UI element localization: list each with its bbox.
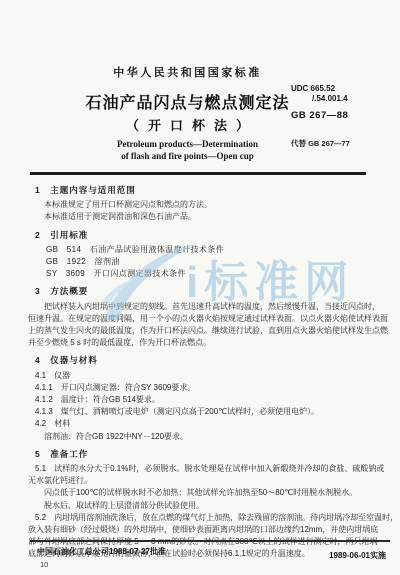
body-line: 脱水后，取试样的上层澄清部分供试验使用。: [44, 500, 390, 512]
national-standard-label: 中华人民共和国国家标准: [30, 64, 345, 80]
body-line: GB 1922 溶剂油: [46, 256, 390, 268]
footer-divider: [30, 540, 390, 542]
implementation-date: 1989-06-01实施: [329, 550, 386, 561]
udc-classification: UDC 665.52 /.54.001.4: [291, 84, 348, 103]
body-line: 恒速升温。在规定的温度间隔，用一个小的点火器火焰按规定通过试样表面。以点火器火焰…: [28, 313, 390, 325]
body-line: GB 514 石油产品试验用液体温度计技术条件: [46, 244, 390, 256]
body-line: 4.1.2 温度计：符合GB 514要求。: [35, 394, 390, 406]
body-line: 5.1 试样的水分大于0.1%时，必须脱水。脱水处理是在试样中加入新煅烧并冷却的…: [35, 463, 390, 475]
body-line: 无水氯化钙进行。: [28, 475, 390, 487]
header-divider: [30, 172, 366, 175]
body-line: 4.2 材料: [35, 418, 390, 430]
body-line: 并至少燃烧 5 s 时的最低温度，作为开口杯法燃点。: [28, 337, 390, 349]
body-line: 1 主题内容与适用范围: [35, 184, 390, 196]
page-number: 10: [40, 560, 48, 569]
document-body: 1 主题内容与适用范围本标准规定了用开口杯测定闪点和燃点的方法。本标准适用于测定…: [28, 179, 390, 561]
body-line: 5.2 内坩埚用溶剂油洗涤后，放在点燃的煤气灯上加热，除去残留的溶剂油。待内坩埚…: [35, 512, 390, 524]
body-line: 把试样装入内坩埚中到规定的刻线。首先迅速升高试样的温度，然后缓慢升温，当接近闪点…: [44, 301, 390, 313]
replaces-note: 代替 GB 267—77: [291, 138, 350, 149]
body-line: 4.1.1 开口闪点测定器：符合SY 3609要求。: [35, 382, 390, 394]
body-line: 闪点低于100℃的试样脱水时不必加热；其他试样允许加热至50～80℃时用脱水剂脱…: [44, 487, 390, 499]
body-line: 5 准备工作: [35, 448, 390, 460]
udc-line1: UDC 665.52: [291, 84, 348, 94]
body-line: 上的蒸气发生闪火的最低温度，作为开口杯法闪点。继续进行试验，直到用点火器火焰使试…: [28, 325, 390, 337]
approval-note: 中国石油化工总公司1988-07-27批准: [37, 546, 166, 557]
scanned-standard-page: 中华人民共和国国家标准 石油产品闪点与燃点测定法 （开口杯法） Petroleu…: [0, 0, 400, 575]
body-line: 溶剂油：符合GB 1922中NY－120要求。: [44, 431, 390, 443]
body-line: 本标准适用于测定润滑油和深色石油产品。: [44, 211, 390, 223]
udc-line2: /.54.001.4: [291, 94, 348, 104]
body-line: 4 仪器与材料: [35, 354, 390, 366]
standard-code: GB 267—88: [291, 110, 348, 121]
body-line: 3 方法概要: [35, 285, 390, 297]
body-line: SY 3609 开口闪点测定器技术条件: [46, 268, 390, 280]
body-line: 放入装有细砂（经过煅烧）的外坩埚中，使细砂表面距离内坩埚的口部边缘约12mm，并…: [28, 524, 390, 536]
body-line: 4.1.3 煤气灯、酒精喷灯或电炉（测定闪点高于200℃试样时，必须使用电炉）。: [35, 406, 390, 418]
document-title-en-line2: of flash and fire points—Open cup: [30, 151, 345, 161]
body-line: 本标准规定了用开口杯测定闪点和燃点的方法。: [44, 199, 390, 211]
body-line: 2 引用标准: [35, 229, 390, 241]
body-line: 4.1 仪器: [35, 370, 390, 382]
